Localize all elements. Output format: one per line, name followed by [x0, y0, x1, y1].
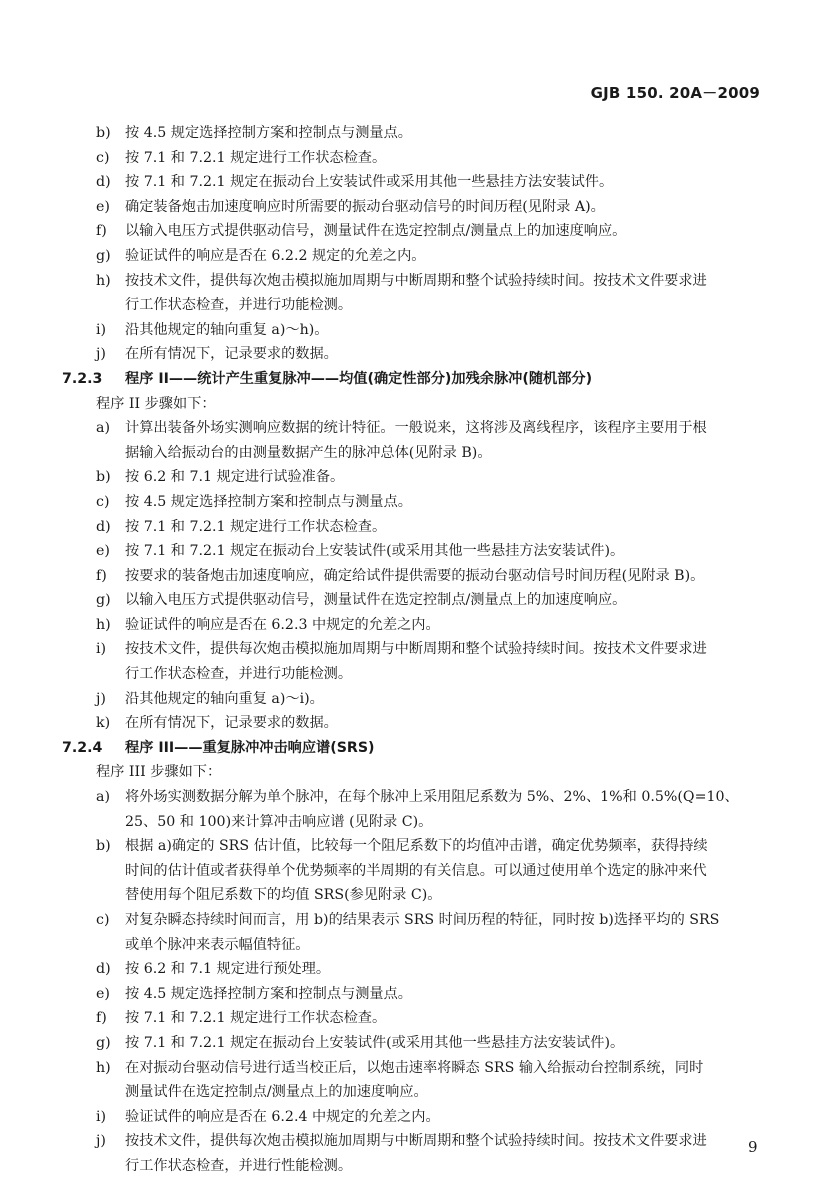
list-item-text: 验证试件的响应是否在 6.2.2 规定的允差之内。 [125, 244, 426, 269]
list-item-text: 行工作状态检查，并进行功能检测。 [125, 293, 352, 318]
list-item: j)沿其他规定的轴向重复 a)～i)。 [0, 687, 824, 712]
list-item-label: h) [96, 1056, 111, 1081]
list-item-text: 25、50 和 100)来计算冲击响应谱 (见附录 C)。 [125, 810, 432, 835]
list-item-text: 沿其他规定的轴向重复 a)～h)。 [125, 318, 328, 343]
list-item-label: a) [96, 416, 110, 441]
list-item-label: c) [96, 146, 109, 171]
list-item: a)计算出装备外场实测响应数据的统计特征。一般说来，这将涉及离线程序，该程序主要… [0, 416, 824, 441]
list-item-continuation: 25、50 和 100)来计算冲击响应谱 (见附录 C)。 [0, 810, 824, 835]
procedure-intro-text: 程序 III 步骤如下： [96, 760, 221, 785]
list-item: j)按技术文件，提供每次炮击模拟施加周期与中断周期和整个试验持续时间。按技术文件… [0, 1129, 824, 1154]
list-item-text: 计算出装备外场实测响应数据的统计特征。一般说来，这将涉及离线程序，该程序主要用于… [125, 416, 707, 441]
list-item-label: j) [96, 1129, 106, 1154]
list-item-label: g) [96, 244, 111, 269]
list-item: i)验证试件的响应是否在 6.2.4 中规定的允差之内。 [0, 1105, 824, 1130]
list-item: d)按 7.1 和 7.2.1 规定在振动台上安装试件或采用其他一些悬挂方法安装… [0, 170, 824, 195]
list-item-text: 按 7.1 和 7.2.1 规定在振动台上安装试件或采用其他一些悬挂方法安装试件… [125, 170, 613, 195]
list-item-label: c) [96, 908, 109, 933]
list-item-text: 按 7.1 和 7.2.1 规定在振动台上安装试件(或采用其他一些悬挂方法安装试… [125, 1031, 624, 1056]
list-item-label: a) [96, 785, 110, 810]
list-item-label: i) [96, 1105, 106, 1130]
list-item-text: 按技术文件，提供每次炮击模拟施加周期与中断周期和整个试验持续时间。按技术文件要求… [125, 269, 707, 294]
list-item-text: 行工作状态检查，并进行功能检测。 [125, 662, 352, 687]
section-number: 7.2.4 [62, 736, 102, 761]
list-item-text: 将外场实测数据分解为单个脉冲，在每个脉冲上采用阻尼系数为 5%、2%、1%和 0… [125, 785, 739, 810]
list-item-text: 按技术文件，提供每次炮击模拟施加周期与中断周期和整个试验持续时间。按技术文件要求… [125, 637, 707, 662]
list-item-text: 按 7.1 和 7.2.1 规定进行工作状态检查。 [125, 146, 386, 171]
list-item-label: e) [96, 982, 110, 1007]
list-item-text: 按技术文件，提供每次炮击模拟施加周期与中断周期和整个试验持续时间。按技术文件要求… [125, 1129, 707, 1154]
document-body: b)按 4.5 规定选择控制方案和控制点与测量点。c)按 7.1 和 7.2.1… [0, 121, 824, 1179]
list-item-text: 替使用每个阻尼系数下的均值 SRS(参见附录 C)。 [125, 883, 441, 908]
list-item: b)按 4.5 规定选择控制方案和控制点与测量点。 [0, 121, 824, 146]
list-item-text: 据输入给振动台的由测量数据产生的脉冲总体(见附录 B)。 [125, 441, 492, 466]
list-item-text: 在所有情况下，记录要求的数据。 [125, 342, 338, 367]
list-item: f)以输入电压方式提供驱动信号，测量试件在选定控制点/测量点上的加速度响应。 [0, 219, 824, 244]
list-item: c)对复杂瞬态持续时间而言，用 b)的结果表示 SRS 时间历程的特征，同时按 … [0, 908, 824, 933]
list-item-text: 以输入电压方式提供驱动信号，测量试件在选定控制点/测量点上的加速度响应。 [125, 588, 626, 613]
list-item-label: h) [96, 269, 111, 294]
list-item: g)以输入电压方式提供驱动信号，测量试件在选定控制点/测量点上的加速度响应。 [0, 588, 824, 613]
list-item-text: 时间的估计值或者获得单个优势频率的半周期的有关信息。可以通过使用单个选定的脉冲来… [125, 859, 707, 884]
list-item: b)按 6.2 和 7.1 规定进行试验准备。 [0, 465, 824, 490]
list-item-text: 验证试件的响应是否在 6.2.4 中规定的允差之内。 [125, 1105, 440, 1130]
list-item-label: b) [96, 834, 111, 859]
list-item-label: b) [96, 121, 111, 146]
section-title: 程序 III——重复脉冲冲击响应谱(SRS) [125, 736, 375, 761]
section-number: 7.2.3 [62, 367, 102, 392]
list-item-label: d) [96, 957, 111, 982]
list-item-text: 在所有情况下，记录要求的数据。 [125, 711, 338, 736]
list-item-label: i) [96, 318, 106, 343]
list-item: f)按要求的装备炮击加速度响应，确定给试件提供需要的振动台驱动信号时间历程(见附… [0, 564, 824, 589]
list-item-label: h) [96, 613, 111, 638]
list-item-label: j) [96, 342, 106, 367]
list-item-continuation: 行工作状态检查，并进行性能检测。 [0, 1154, 824, 1179]
list-item-text: 行工作状态检查，并进行性能检测。 [125, 1154, 352, 1179]
list-item-continuation: 时间的估计值或者获得单个优势频率的半周期的有关信息。可以通过使用单个选定的脉冲来… [0, 859, 824, 884]
list-item-text: 根据 a)确定的 SRS 估计值，比较每一个阻尼系数下的均值冲击谱，确定优势频率… [125, 834, 708, 859]
list-item-text: 在对振动台驱动信号进行适当校正后，以炮击速率将瞬态 SRS 输入给振动台控制系统… [125, 1056, 703, 1081]
list-item-text: 按 7.1 和 7.2.1 规定在振动台上安装试件(或采用其他一些悬挂方法安装试… [125, 539, 624, 564]
list-item-text: 按 7.1 和 7.2.1 规定进行工作状态检查。 [125, 1006, 386, 1031]
list-item-text: 按 7.1 和 7.2.1 规定进行工作状态检查。 [125, 515, 386, 540]
list-item-continuation: 替使用每个阻尼系数下的均值 SRS(参见附录 C)。 [0, 883, 824, 908]
list-item-label: j) [96, 687, 106, 712]
list-item-label: i) [96, 637, 106, 662]
list-item: g)验证试件的响应是否在 6.2.2 规定的允差之内。 [0, 244, 824, 269]
list-item-text: 沿其他规定的轴向重复 a)～i)。 [125, 687, 324, 712]
list-item-text: 以输入电压方式提供驱动信号，测量试件在选定控制点/测量点上的加速度响应。 [125, 219, 626, 244]
list-item: d)按 6.2 和 7.1 规定进行预处理。 [0, 957, 824, 982]
list-item: e)确定装备炮击加速度响应时所需要的振动台驱动信号的时间历程(见附录 A)。 [0, 195, 824, 220]
list-item-label: c) [96, 490, 109, 515]
list-item: h)验证试件的响应是否在 6.2.3 中规定的允差之内。 [0, 613, 824, 638]
list-item: a)将外场实测数据分解为单个脉冲，在每个脉冲上采用阻尼系数为 5%、2%、1%和… [0, 785, 824, 810]
list-item-label: e) [96, 195, 110, 220]
section-heading: 7.2.3程序 II——统计产生重复脉冲——均值(确定性部分)加残余脉冲(随机部… [0, 367, 824, 392]
list-item: g)按 7.1 和 7.2.1 规定在振动台上安装试件(或采用其他一些悬挂方法安… [0, 1031, 824, 1056]
list-item-label: b) [96, 465, 111, 490]
list-item-continuation: 或单个脉冲来表示幅值特征。 [0, 933, 824, 958]
list-item-label: f) [96, 219, 107, 244]
list-item: d)按 7.1 和 7.2.1 规定进行工作状态检查。 [0, 515, 824, 540]
list-item-text: 按 6.2 和 7.1 规定进行预处理。 [125, 957, 330, 982]
list-item-label: d) [96, 515, 111, 540]
list-item: c)按 4.5 规定选择控制方案和控制点与测量点。 [0, 490, 824, 515]
list-item-continuation: 行工作状态检查，并进行功能检测。 [0, 293, 824, 318]
list-item-label: e) [96, 539, 110, 564]
list-item-label: g) [96, 1031, 111, 1056]
list-item: i)沿其他规定的轴向重复 a)～h)。 [0, 318, 824, 343]
list-item-text: 测量试件在选定控制点/测量点上的加速度响应。 [125, 1080, 428, 1105]
list-item: e)按 4.5 规定选择控制方案和控制点与测量点。 [0, 982, 824, 1007]
list-item-label: k) [96, 711, 110, 736]
section-heading: 7.2.4程序 III——重复脉冲冲击响应谱(SRS) [0, 736, 824, 761]
procedure-intro: 程序 II 步骤如下： [0, 392, 824, 417]
list-item: i)按技术文件，提供每次炮击模拟施加周期与中断周期和整个试验持续时间。按技术文件… [0, 637, 824, 662]
list-item-label: d) [96, 170, 111, 195]
list-item-text: 按 6.2 和 7.1 规定进行试验准备。 [125, 465, 344, 490]
list-item-label: f) [96, 1006, 107, 1031]
list-item-label: f) [96, 564, 107, 589]
list-item-text: 按 4.5 规定选择控制方案和控制点与测量点。 [125, 490, 412, 515]
list-item: e)按 7.1 和 7.2.1 规定在振动台上安装试件(或采用其他一些悬挂方法安… [0, 539, 824, 564]
procedure-intro-text: 程序 II 步骤如下： [96, 392, 216, 417]
list-item: f)按 7.1 和 7.2.1 规定进行工作状态检查。 [0, 1006, 824, 1031]
list-item-continuation: 行工作状态检查，并进行功能检测。 [0, 662, 824, 687]
list-item-text: 按 4.5 规定选择控制方案和控制点与测量点。 [125, 982, 412, 1007]
document-standard-id: GJB 150. 20A－2009 [591, 82, 760, 103]
list-item-continuation: 据输入给振动台的由测量数据产生的脉冲总体(见附录 B)。 [0, 441, 824, 466]
list-item-continuation: 测量试件在选定控制点/测量点上的加速度响应。 [0, 1080, 824, 1105]
procedure-intro: 程序 III 步骤如下： [0, 760, 824, 785]
list-item-text: 按要求的装备炮击加速度响应，确定给试件提供需要的振动台驱动信号时间历程(见附录 … [125, 564, 704, 589]
list-item: b)根据 a)确定的 SRS 估计值，比较每一个阻尼系数下的均值冲击谱，确定优势… [0, 834, 824, 859]
list-item-text: 按 4.5 规定选择控制方案和控制点与测量点。 [125, 121, 412, 146]
list-item: k)在所有情况下，记录要求的数据。 [0, 711, 824, 736]
list-item-text: 验证试件的响应是否在 6.2.3 中规定的允差之内。 [125, 613, 440, 638]
list-item-text: 确定装备炮击加速度响应时所需要的振动台驱动信号的时间历程(见附录 A)。 [125, 195, 605, 220]
list-item: h)按技术文件，提供每次炮击模拟施加周期与中断周期和整个试验持续时间。按技术文件… [0, 269, 824, 294]
list-item: h)在对振动台驱动信号进行适当校正后，以炮击速率将瞬态 SRS 输入给振动台控制… [0, 1056, 824, 1081]
list-item: j)在所有情况下，记录要求的数据。 [0, 342, 824, 367]
section-title: 程序 II——统计产生重复脉冲——均值(确定性部分)加残余脉冲(随机部分) [125, 367, 592, 392]
page-number: 9 [748, 1138, 758, 1156]
list-item: c)按 7.1 和 7.2.1 规定进行工作状态检查。 [0, 146, 824, 171]
list-item-label: g) [96, 588, 111, 613]
list-item-text: 对复杂瞬态持续时间而言，用 b)的结果表示 SRS 时间历程的特征，同时按 b)… [125, 908, 719, 933]
list-item-text: 或单个脉冲来表示幅值特征。 [125, 933, 309, 958]
